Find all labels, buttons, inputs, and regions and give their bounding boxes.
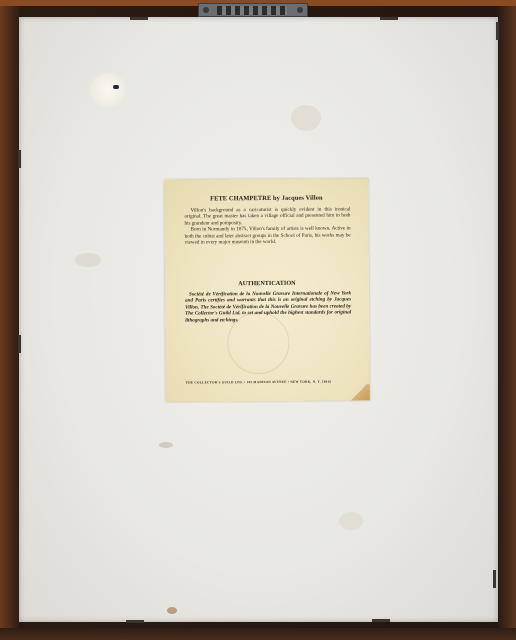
description-paragraph: Born in Normandy in 1875, Villon's famil… [185,226,351,246]
description-paragraph: Villon's background as a caricaturist is… [184,206,350,226]
sawtooth-hanger [198,3,308,17]
authentication-heading: AUTHENTICATION [165,279,369,287]
frame-tab [126,620,144,623]
screw-icon [297,7,303,13]
frame-tab [18,335,21,353]
stain [291,105,321,131]
frame-tab [493,570,496,588]
ink-mark [113,85,119,89]
adhesive-residue [89,72,127,108]
peeling-corner [348,384,370,400]
stain [167,607,177,614]
hanger-teeth [217,6,287,15]
frame-tab [496,22,499,40]
frame-tab [380,17,398,20]
stain [159,442,173,448]
frame-tab [372,619,390,622]
label-description: Villon's background as a caricaturist is… [184,206,350,246]
label-title: FETE CHAMPETRE by Jacques Villon [164,194,368,202]
authentication-label: FETE CHAMPETRE by Jacques Villon Villon'… [164,178,370,401]
authentication-text: Société de Vérification de la Nouvelle G… [185,290,351,323]
stain [339,512,363,530]
screw-icon [203,7,209,13]
frame-tab [130,17,148,20]
frame-bottom-edge [0,628,516,640]
publisher-footer: THE COLLECTOR'S GUILD LTD. • 185 MADISON… [186,379,356,384]
stain [75,253,101,267]
frame-tab [18,150,21,168]
